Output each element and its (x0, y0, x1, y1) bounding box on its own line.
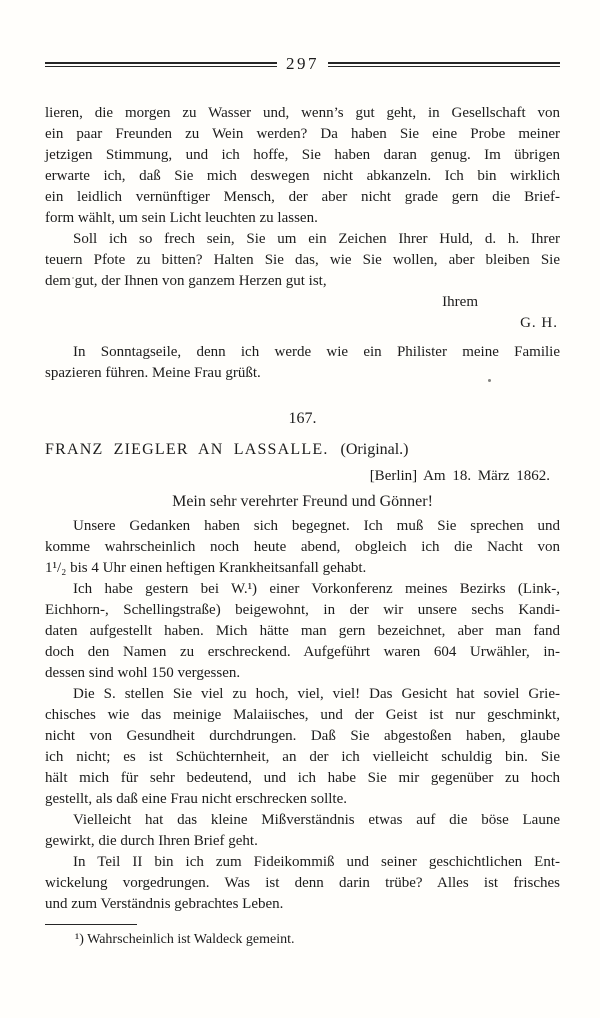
text-line: nicht von Gesundheit durchdrungen. Daß S… (45, 726, 560, 747)
text-line: spazieren führen. Meine Frau grüßt. (45, 363, 560, 384)
text-line: erwarte ich, daß Sie mich deswegen nicht… (45, 166, 560, 187)
text-line: daten aufgestellt haben. Mich hätte man … (45, 621, 560, 642)
text-line: In Teil II bin ich zum Fideikommiß und s… (45, 852, 560, 873)
text-line: Die S. stellen Sie viel zu hoch, viel, v… (45, 684, 560, 705)
text-line: Unsere Gedanken haben sich begegnet. Ich… (45, 516, 560, 537)
footnote-rule (45, 924, 137, 925)
text-line: ich nicht; es ist Schüchternheit, an der… (45, 747, 560, 768)
text-line: dem gut, der Ihnen von ganzem Herzen gut… (45, 271, 560, 292)
paragraph: In Sonntagseile, denn ich werde wie ein … (45, 342, 560, 384)
page-header: 297 (45, 56, 560, 73)
postscript: In Sonntagseile, denn ich werde wie ein … (45, 342, 560, 384)
text-line: ein leidlich vernünftiger Mensch, der ab… (45, 187, 560, 208)
text-line: form wählt, um sein Licht leuchten zu la… (45, 208, 560, 229)
text-line: teuern Pfote zu bitten? Halten Sie das, … (45, 250, 560, 271)
text-line: hält mich für sehr bedeutend, und ich ha… (45, 768, 560, 789)
paragraph: In Teil II bin ich zum Fideikommiß und s… (45, 852, 560, 915)
letter-heading-note: (Original.) (341, 441, 409, 458)
valediction: Ihrem (45, 292, 560, 313)
paragraph: Unsere Gedanken haben sich begegnet. Ich… (45, 516, 560, 579)
text-line: ein paar Freunden zu Wein werden? Da hab… (45, 124, 560, 145)
text-line: doch den Namen zu erschreckend. Aufgefüh… (45, 642, 560, 663)
footnote: ¹) Wahrscheinlich ist Waldeck gemeint. (45, 930, 560, 949)
letter-heading-title: FRANZ ZIEGLER AN LASSALLE. (45, 441, 329, 458)
paragraph: lieren, die morgen zu Wasser und, wenn’s… (45, 103, 560, 229)
header-rule-left (45, 62, 277, 67)
text-line: chisches wie das meinige Malaiisches, un… (45, 705, 560, 726)
paragraph: Soll ich so frech sein, Sie um ein Zeich… (45, 229, 560, 292)
signature-initials: G. H. (45, 313, 560, 334)
paragraph: Die S. stellen Sie viel zu hoch, viel, v… (45, 684, 560, 810)
text-line: lieren, die morgen zu Wasser und, wenn’s… (45, 103, 560, 124)
book-page: 297 lieren, die morgen zu Wasser und, we… (0, 0, 600, 1018)
letter-body: Unsere Gedanken haben sich begegnet. Ich… (45, 516, 560, 915)
salutation: Mein sehr verehrter Freund und Gönner! (45, 491, 560, 512)
text-line: dessen sind wohl 150 vergessen. (45, 663, 560, 684)
scan-speck (488, 379, 491, 382)
text-line: komme wahrscheinlich noch heute abend, o… (45, 537, 560, 558)
text-line: und zum Verständnis gebrachtes Leben. (45, 894, 560, 915)
letter-ending-paragraphs: lieren, die morgen zu Wasser und, wenn’s… (45, 103, 560, 292)
text-line: Soll ich so frech sein, Sie um ein Zeich… (45, 229, 560, 250)
letter-ending-section: lieren, die morgen zu Wasser und, wenn’s… (45, 103, 560, 384)
letter-167-section: 167. FRANZ ZIEGLER AN LASSALLE.(Original… (45, 408, 560, 949)
page-body: lieren, die morgen zu Wasser und, wenn’s… (45, 103, 560, 949)
letter-heading: FRANZ ZIEGLER AN LASSALLE.(Original.) (45, 439, 560, 460)
text-line: gestellt, als daß eine Frau nicht erschr… (45, 789, 560, 810)
text-line: jetzigen Stimmung, und ich hoffe, Sie ha… (45, 145, 560, 166)
text-line: Ich habe gestern bei W.¹) einer Vorkonfe… (45, 579, 560, 600)
header-rule-right (328, 62, 560, 67)
text-line: wickelung vorgedrungen. Was ist denn dar… (45, 873, 560, 894)
paragraph: Ich habe gestern bei W.¹) einer Vorkonfe… (45, 579, 560, 684)
scan-speck (72, 277, 74, 279)
letter-number: 167. (45, 408, 560, 429)
dateline: [Berlin] Am 18. März 1862. (45, 466, 560, 487)
text-line: 1¹/₂ bis 4 Uhr einen heftigen Krankheits… (45, 558, 560, 579)
page-number: 297 (277, 55, 328, 72)
text-line: Vielleicht hat das kleine Mißverständnis… (45, 810, 560, 831)
text-line: gewirkt, die durch Ihren Brief geht. (45, 831, 560, 852)
text-line: In Sonntagseile, denn ich werde wie ein … (45, 342, 560, 363)
text-line: Eichhorn-, Schellingstraße) beigewohnt, … (45, 600, 560, 621)
paragraph: Vielleicht hat das kleine Mißverständnis… (45, 810, 560, 852)
